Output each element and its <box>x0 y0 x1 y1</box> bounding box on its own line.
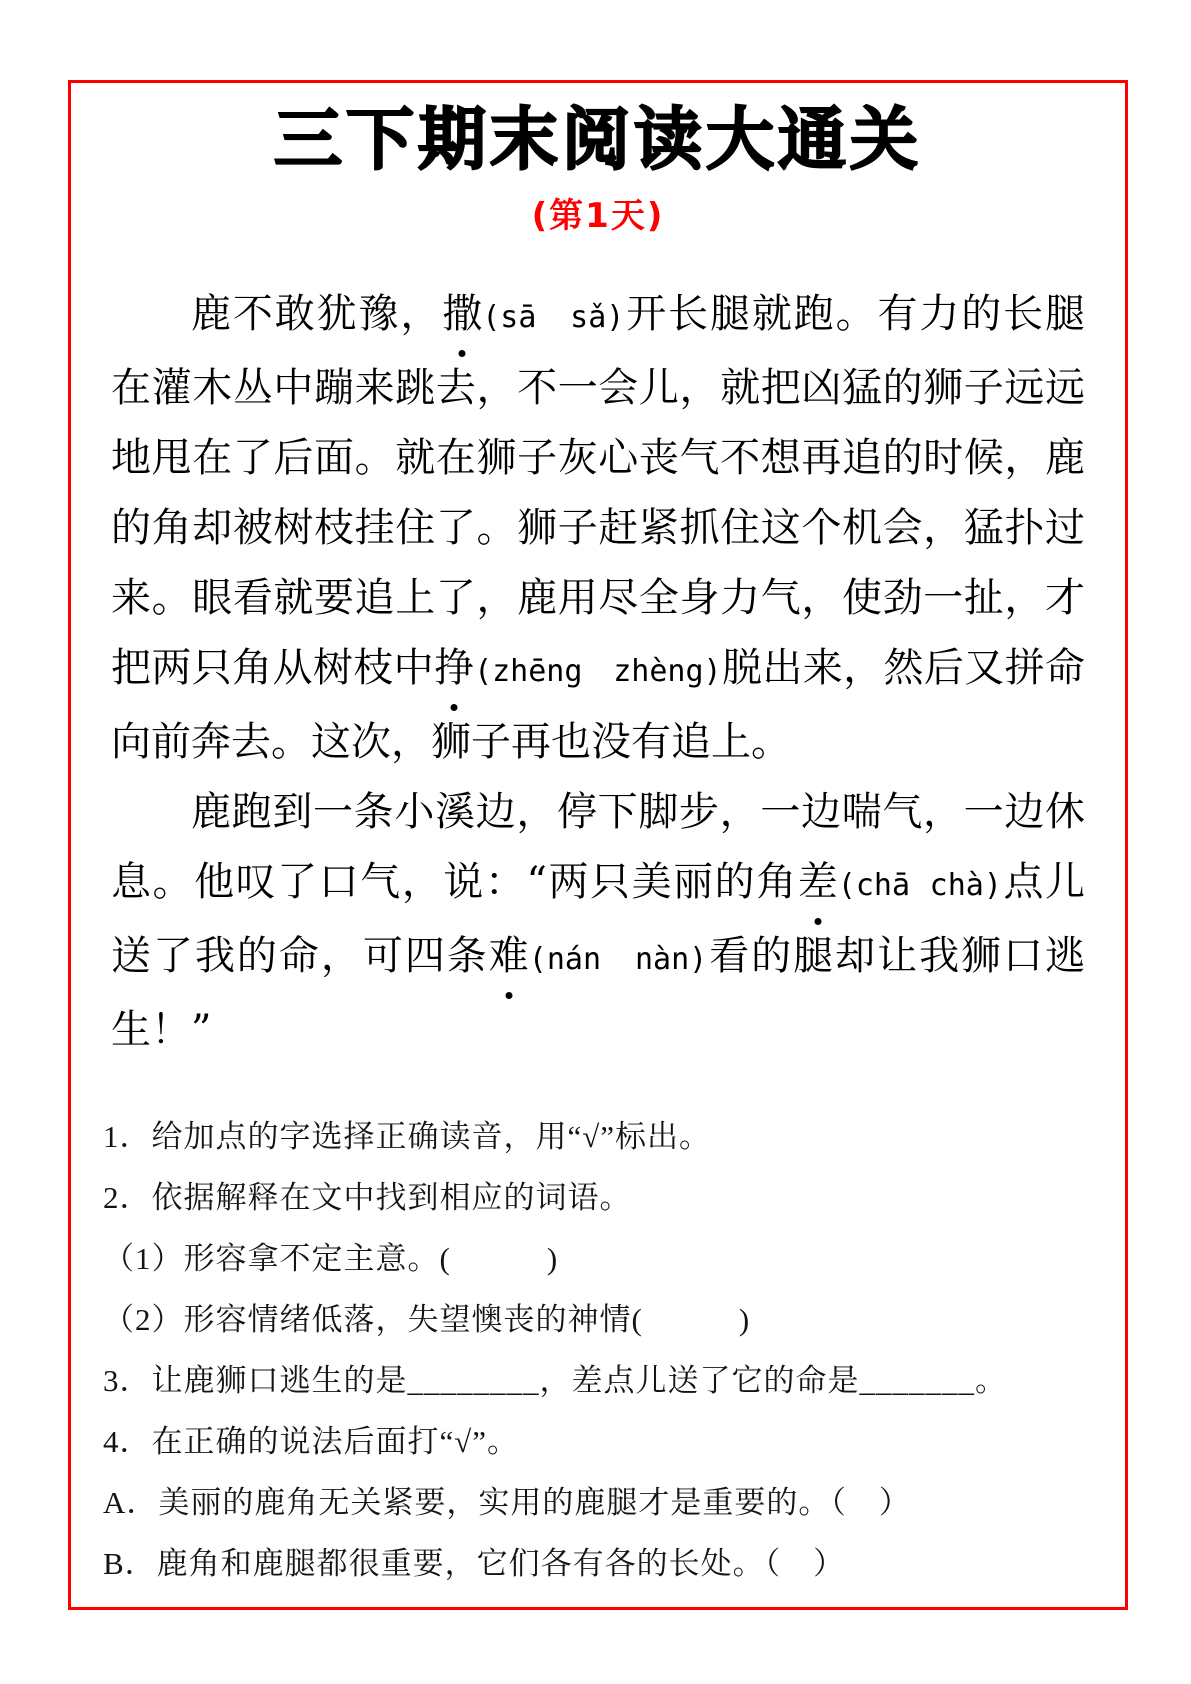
reading-passage: 鹿不敢犹豫，撒(sā sǎ)开长腿就跑。有力的长腿在灌木丛中蹦来跳去，不一会儿，… <box>111 279 1085 1065</box>
question-item: 1．给加点的字选择正确读音，用“√”标出。 <box>103 1117 1093 1157</box>
passage-text: 开长腿就跑。有力的长腿在灌木丛中蹦来跳去，不一会儿，就把凶猛的狮子远远地甩在了后… <box>111 291 1085 691</box>
dotted-character: 挣 <box>434 633 474 703</box>
question-item: 3．让鹿狮口逃生的是________，差点儿送了它的命是_______。 <box>103 1361 1093 1401</box>
question-item: B．鹿角和鹿腿都很重要，它们各有各的长处。（ ） <box>103 1544 1093 1584</box>
pinyin-annotation: (zhēng zhèng) <box>474 654 722 689</box>
pinyin-annotation: (sā sǎ) <box>482 300 624 335</box>
page-title: 三下期末阅读大通关 <box>71 83 1125 176</box>
question-list: 1．给加点的字选择正确读音，用“√”标出。2．依据解释在文中找到相应的词语。（1… <box>103 1117 1093 1584</box>
pinyin-annotation: (chā chà) <box>838 868 1002 903</box>
question-item: （1）形容拿不定主意。( ) <box>103 1239 1093 1279</box>
question-item: 4．在正确的说法后面打“√”。 <box>103 1422 1093 1462</box>
question-item: A．美丽的鹿角无关紧要，实用的鹿腿才是重要的。（ ） <box>103 1483 1093 1523</box>
passage-paragraph: 鹿不敢犹豫，撒(sā sǎ)开长腿就跑。有力的长腿在灌木丛中蹦来跳去，不一会儿，… <box>111 279 1085 777</box>
passage-text: 鹿不敢犹豫， <box>191 291 442 337</box>
page-subtitle: (第1天) <box>71 188 1125 237</box>
passage-paragraph: 鹿跑到一条小溪边，停下脚步，一边喘气，一边休息。他叹了口气，说：“两只美丽的角差… <box>111 777 1085 1065</box>
page-border: 三下期末阅读大通关 (第1天) 鹿不敢犹豫，撒(sā sǎ)开长腿就跑。有力的长… <box>68 80 1128 1610</box>
dotted-character: 差 <box>798 847 838 917</box>
dotted-character: 撒 <box>442 279 482 349</box>
pinyin-annotation: (nán nàn) <box>529 942 707 977</box>
question-item: 2．依据解释在文中找到相应的词语。 <box>103 1178 1093 1218</box>
question-item: （2）形容情绪低落，失望懊丧的神情( ) <box>103 1300 1093 1340</box>
dotted-character: 难 <box>489 921 529 991</box>
